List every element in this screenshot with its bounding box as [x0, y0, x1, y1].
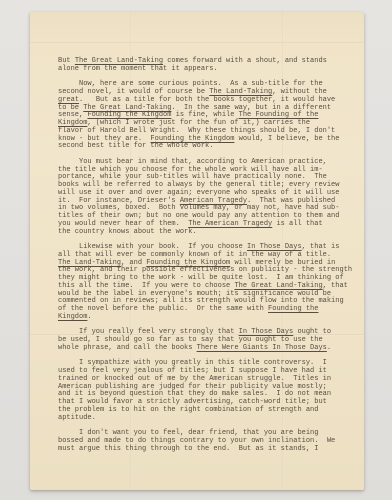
paragraph: You must bear in mind that, according to…: [58, 159, 358, 237]
paragraph: Now, here are some curious points. As a …: [58, 81, 358, 151]
paragraph: Likewise with your book. If you choose I…: [58, 244, 358, 322]
underlined-title-text: Kingdom: [58, 313, 87, 321]
letter-page: But The Great Land-Taking comes forward …: [30, 12, 364, 490]
body-text: .: [327, 344, 331, 352]
underlined-title-text: The American Tragedy: [188, 220, 272, 228]
body-text: .: [87, 313, 91, 321]
paragraph: If you really feel very strongly that In…: [58, 329, 358, 352]
letter-text: But The Great Land-Taking comes forward …: [58, 58, 358, 461]
body-text: I sympathize with you greatly in this ti…: [58, 359, 331, 421]
underlined-title-text: There Were Giants In Those Days: [197, 344, 327, 352]
scan-background: But The Great Land-Taking comes forward …: [0, 0, 392, 500]
body-text: I don't want you to feel, dear friend, t…: [58, 429, 335, 453]
paragraph: I sympathize with you greatly in this ti…: [58, 360, 358, 422]
paragraph: But The Great Land-Taking comes forward …: [58, 58, 358, 74]
paragraph: I don't want you to feel, dear friend, t…: [58, 430, 358, 453]
fold-crease-horizontal-top: [30, 42, 364, 44]
underlined-title-text: Founding the: [268, 305, 318, 313]
